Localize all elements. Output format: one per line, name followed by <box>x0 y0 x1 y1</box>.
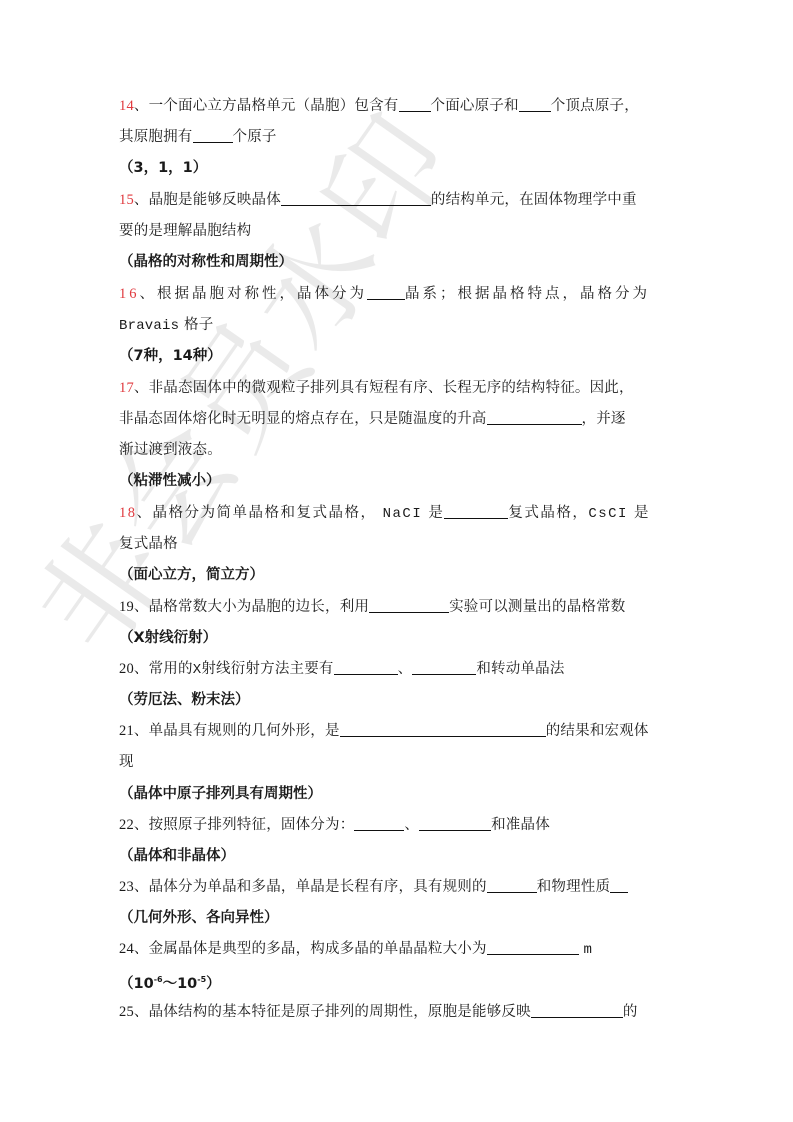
answer-blank[interactable] <box>519 96 551 112</box>
document-page: 非会员水印 14、一个面心立方晶格单元（晶胞）包含有个面心原子和个顶点原子， 其… <box>0 0 793 1122</box>
question-number: 21 <box>119 723 134 739</box>
question-18-line-1: 18、晶格分为简单晶格和复式晶格， NaCI 是复式晶格，CsCI 是 <box>119 503 675 524</box>
question-17-line-3: 渐过渡到液态。 <box>119 440 675 460</box>
answer-blank[interactable] <box>281 190 431 206</box>
question-number: 19 <box>119 599 134 615</box>
question-21-line-2: 现 <box>119 752 675 772</box>
question-16-line-2: Bravais 格子 <box>119 315 675 336</box>
answer-blank[interactable] <box>487 939 579 955</box>
answer-24: （10-6～10-5） <box>119 970 221 994</box>
answer-14: （3，1，1） <box>119 158 207 178</box>
answer-blank[interactable] <box>487 409 582 425</box>
question-number: 15 <box>119 192 134 208</box>
question-14-line-2: 其原胞拥有个原子 <box>119 127 675 147</box>
question-20-line-1: 20、常用的X射线衍射方法主要有、和转动单晶法 <box>119 659 675 680</box>
answer-blank[interactable] <box>399 96 431 112</box>
question-number: 16 <box>119 286 140 302</box>
question-number: 17 <box>119 380 134 396</box>
answer-23: （几何外形、各向异性） <box>119 908 279 928</box>
answer-blank[interactable] <box>354 815 404 831</box>
question-17-line-1: 17、非晶态固体中的微观粒子排列具有短程有序、长程无序的结构特征。因此， <box>119 378 675 398</box>
question-15-line-2: 要的是理解晶胞结构 <box>119 221 675 241</box>
answer-blank[interactable] <box>531 1002 623 1018</box>
question-number: 20 <box>119 661 134 677</box>
question-number: 18 <box>119 505 137 521</box>
question-23-line-1: 23、晶体分为单晶和多晶，单晶是长程有序，具有规则的和物理性质 <box>119 877 675 897</box>
answer-blank[interactable] <box>412 659 476 675</box>
answer-18: （面心立方，简立方） <box>119 565 264 585</box>
question-number: 25 <box>119 1004 134 1020</box>
answer-blank[interactable] <box>369 597 449 613</box>
question-22-line-1: 22、按照原子排列特征，固体分为：、和准晶体 <box>119 815 675 835</box>
answer-blank[interactable] <box>444 503 508 519</box>
question-18-line-2: 复式晶格 <box>119 534 675 554</box>
answer-blank[interactable] <box>367 284 405 300</box>
answer-21: （晶体中原子排列具有周期性） <box>119 784 322 804</box>
answer-blank[interactable] <box>487 877 537 893</box>
question-number: 14 <box>119 98 134 114</box>
question-16-line-1: 16、根据晶胞对称性，晶体分为晶系；根据晶格特点，晶格分为 <box>119 284 675 304</box>
question-number: 22 <box>119 817 134 833</box>
answer-blank[interactable] <box>610 877 628 893</box>
question-21-line-1: 21、单晶具有规则的几何外形，是的结果和宏观体 <box>119 721 675 741</box>
answer-blank[interactable] <box>334 659 398 675</box>
answer-17: （粘滞性减小） <box>119 471 221 491</box>
question-24-line-1: 24、金属晶体是典型的多晶，构成多晶的单晶晶粒大小为 m <box>119 939 675 960</box>
answer-blank[interactable] <box>419 815 491 831</box>
question-17-line-2: 非晶态固体熔化时无明显的熔点存在，只是随温度的升高，并逐 <box>119 409 675 429</box>
answer-15: （晶格的对称性和周期性） <box>119 252 293 272</box>
question-number: 24 <box>119 941 134 957</box>
answer-20: （劳厄法、粉末法） <box>119 690 250 710</box>
answer-blank[interactable] <box>340 721 546 737</box>
answer-22: （晶体和非晶体） <box>119 846 235 866</box>
answer-19: （X射线衍射） <box>119 628 217 648</box>
question-14-line-1: 14、一个面心立方晶格单元（晶胞）包含有个面心原子和个顶点原子， <box>119 96 675 116</box>
question-25-line-1: 25、晶体结构的基本特征是原子排列的周期性，原胞是能够反映的 <box>119 1002 675 1022</box>
question-15-line-1: 15、晶胞是能够反映晶体的结构单元，在固体物理学中重 <box>119 190 675 210</box>
question-19-line-1: 19、晶格常数大小为晶胞的边长，利用实验可以测量出的晶格常数 <box>119 597 675 617</box>
answer-16: （7种，14种） <box>119 346 222 366</box>
answer-blank[interactable] <box>193 127 233 143</box>
question-number: 23 <box>119 879 134 895</box>
